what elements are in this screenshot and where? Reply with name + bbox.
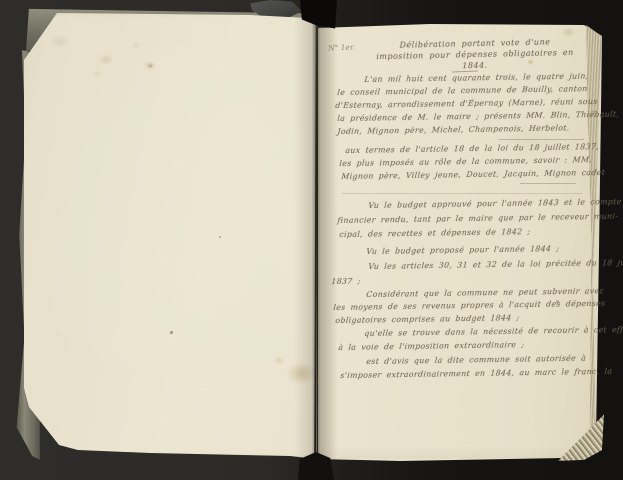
photographed-book-spread: N° 1er. Délibération portant vote d'une …	[0, 0, 623, 480]
binding-gutter-line	[314, 16, 318, 462]
